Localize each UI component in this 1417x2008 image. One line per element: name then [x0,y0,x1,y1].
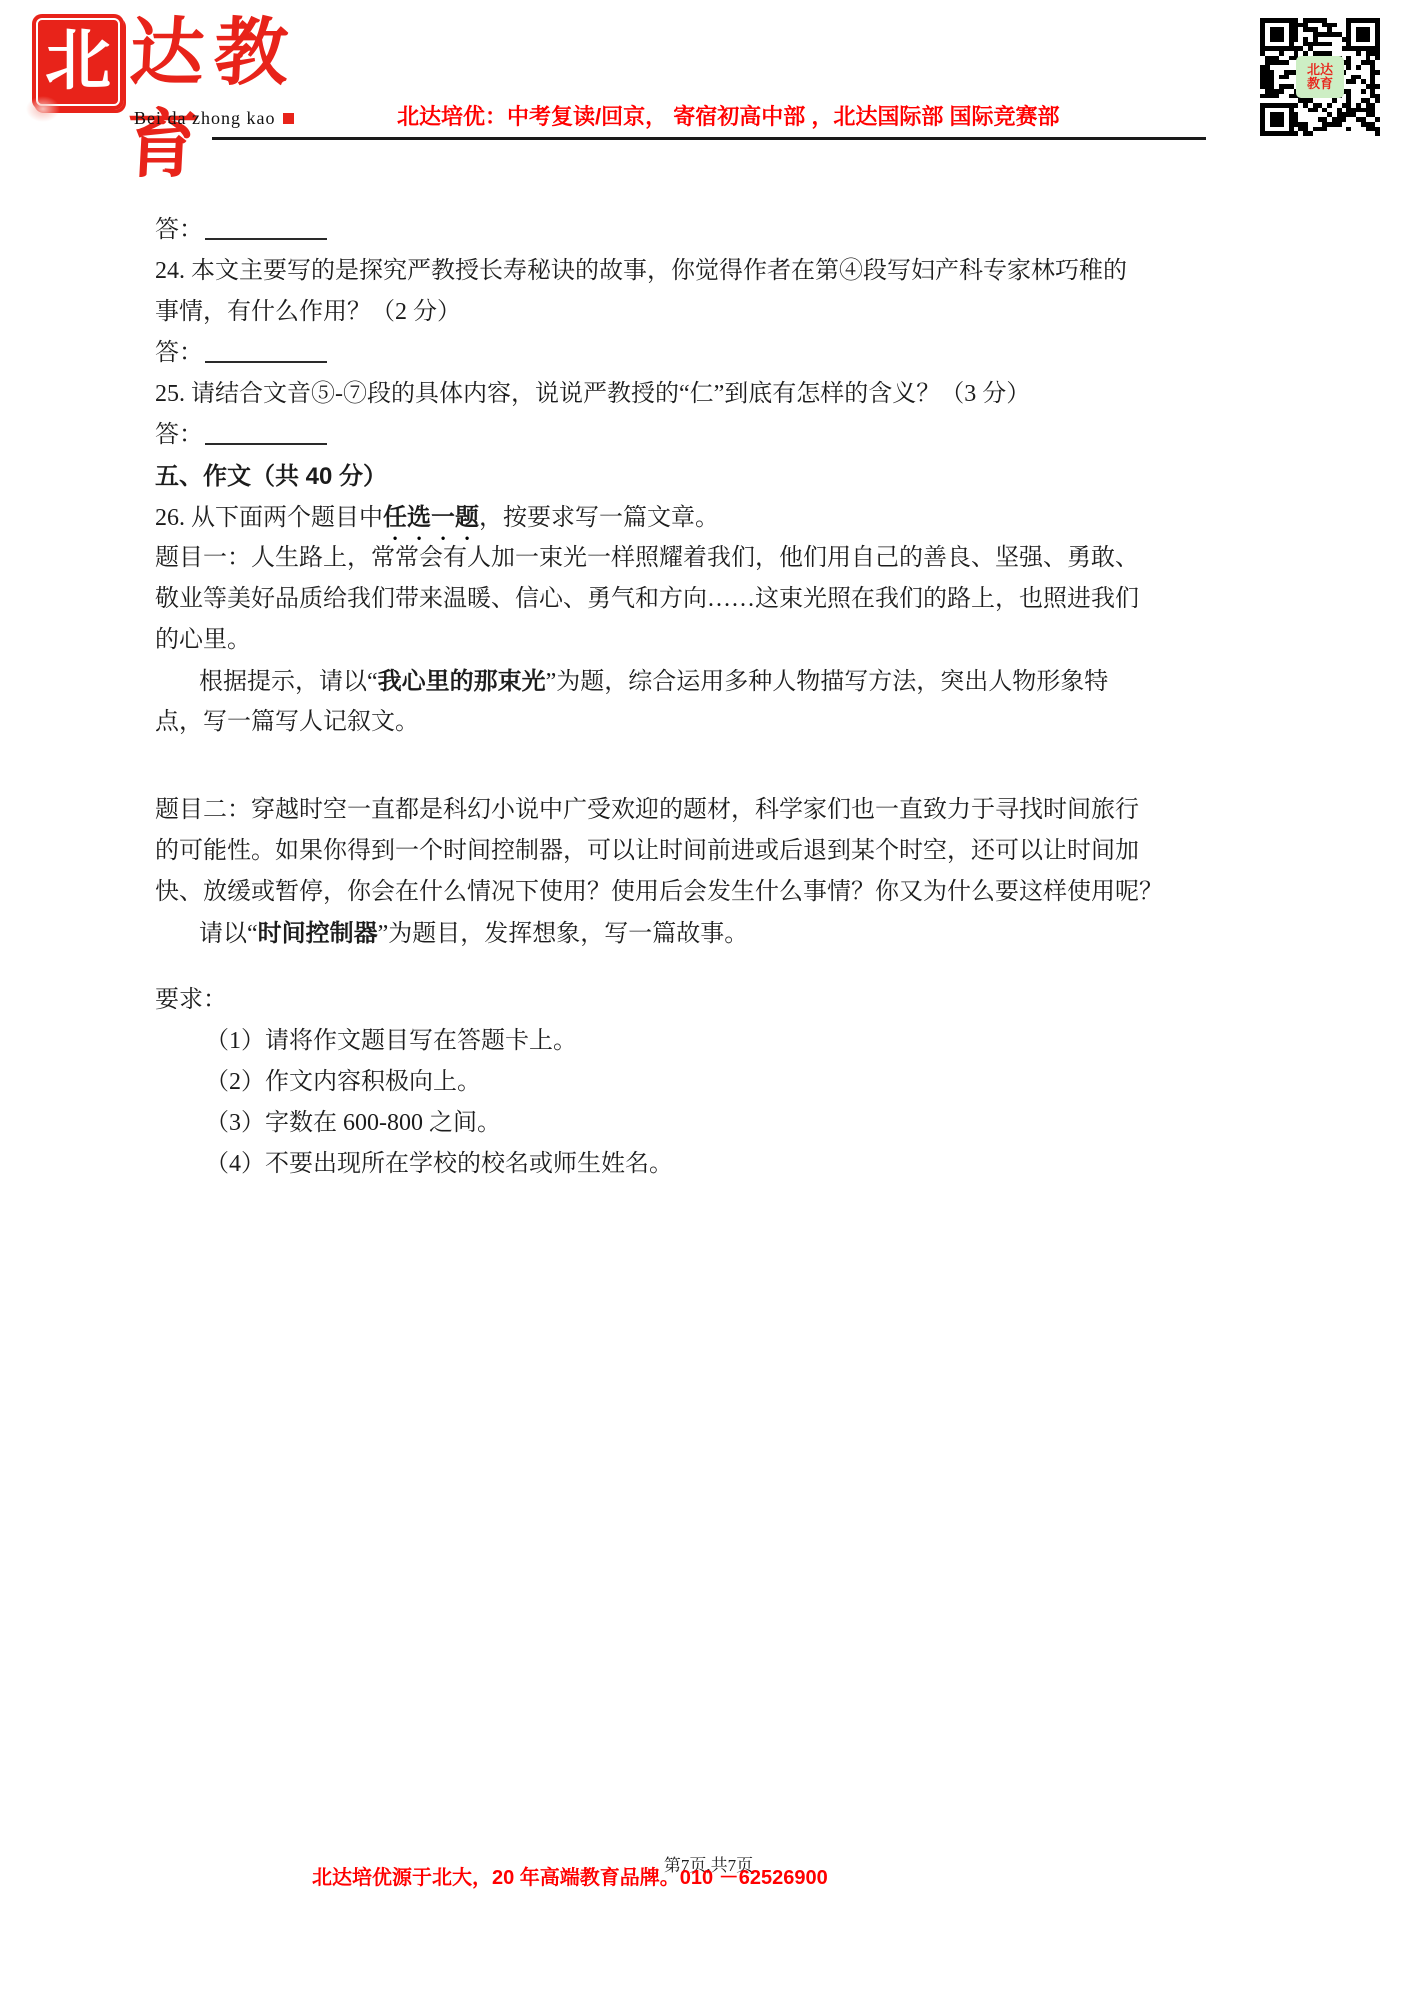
q24-line2: 事情，有什么作用？（2 分） [155,292,1275,333]
qr-center-label: 北达 教育 [1296,56,1344,98]
qr-code: 北达 教育 [1260,18,1380,136]
topic2-title-bold: 时间控制器 [258,920,378,947]
topic2-hint-line: 请以“时间控制器”为题目，发挥想象，写一篇故事。 [155,913,1275,954]
exam-page: 北 达教育 Bei da zhong kao 北达培优：中考复读/回京， 寄宿初… [0,0,1417,2008]
qr-label-line1: 北达 [1307,63,1333,77]
spacer [155,743,1275,790]
answer-line-23: 答： [155,210,1275,251]
answer-blank [205,216,327,240]
answer-line-24: 答： [155,333,1275,374]
requirements-label: 要求： [155,980,1275,1021]
requirement-2: （2）作文内容积极向上。 [155,1062,1275,1103]
topic1-line1: 题目一：人生路上，常常会有人加一束光一样照耀着我们，他们用自己的善良、坚强、勇敢… [155,538,1275,579]
header-divider [212,137,1206,140]
topic2-line1: 题目二：穿越时空一直都是科幻小说中广受欢迎的题材，科学家们也一直致力于寻找时间旅… [155,790,1275,831]
q24-line1: 24. 本文主要写的是探究严教授长寿秘诀的故事，你觉得作者在第④段写妇产科专家林… [155,251,1275,292]
answer-label: 答： [155,217,203,243]
topic2-hint-post: ”为题目，发挥想象，写一篇故事。 [378,921,749,947]
topic1-line2: 敬业等美好品质给我们带来温暖、信心、勇气和方向……这束光照在我们的路上，也照进我… [155,579,1275,620]
page-header: 北 达教育 Bei da zhong kao 北达培优：中考复读/回京， 寄宿初… [0,0,1417,150]
q26-post: ，按要求写一篇文章。 [479,505,719,531]
answer-blank [205,421,327,445]
seal-character: 北 [45,29,111,95]
q26-pre: 26. 从下面两个题目中 [155,505,383,531]
red-square-icon [283,113,294,124]
topic1-line3: 的心里。 [155,620,1275,661]
topic1-hint-line1: 根据提示，请以“我心里的那束光”为题，综合运用多种人物描写方法，突出人物形象特 [155,661,1275,702]
footer-slogan: 北达培优源于北大，20 年高端教育品牌。010 －62526900 [312,1861,1012,1890]
topic2-line3: 快、放缓或暂停，你会在什么情况下使用？使用后会发生什么事情？你又为什么要这样使用… [155,872,1275,913]
qr-label-line2: 教育 [1307,77,1333,91]
topic1-title-bold: 我心里的那束光 [378,668,546,695]
header-tagline: 北达培优：中考复读/回京， 寄宿初高中部 ，北达国际部 国际竞赛部 [397,100,1197,131]
exam-body: 答： 24. 本文主要写的是探究严教授长寿秘诀的故事，你觉得作者在第④段写妇产科… [155,210,1275,1185]
q25-line: 25. 请结合文音⑤-⑦段的具体内容，说说严教授的“仁”到底有怎样的含义？（3 … [155,374,1275,415]
answer-label: 答： [155,340,203,366]
topic1-hint-post: ”为题，综合运用多种人物描写方法，突出人物形象特 [546,669,1109,695]
requirement-1: （1）请将作文题目写在答题卡上。 [155,1021,1275,1062]
brand-name-calligraphy: 达教育 [128,8,383,100]
q26-line: 26. 从下面两个题目中任选一题，按要求写一篇文章。 [155,497,1275,538]
spacer [155,954,1275,980]
topic2-line2: 的可能性。如果你得到一个时间控制器，可以让时间前进或后退到某个时空，还可以让时间… [155,831,1275,872]
answer-label: 答： [155,422,203,448]
topic2-hint-pre: 请以“ [199,921,258,947]
brand-subtitle-text: Bei da zhong kao [134,108,275,129]
requirement-4: （4）不要出现所在学校的校名或师生姓名。 [155,1144,1275,1185]
q26-emphasized: 任选一题 [383,504,479,531]
answer-blank [205,339,327,363]
section5-heading: 五、作文（共 40 分） [155,456,1275,497]
answer-line-25: 答： [155,415,1275,456]
topic1-hint-line2: 点，写一篇写人记叙文。 [155,702,1275,743]
brand-subtitle: Bei da zhong kao [134,108,294,129]
requirement-3: （3）字数在 600-800 之间。 [155,1103,1275,1144]
topic1-hint-pre: 根据提示，请以“ [199,669,378,695]
seal-ink-smudge [26,96,60,122]
